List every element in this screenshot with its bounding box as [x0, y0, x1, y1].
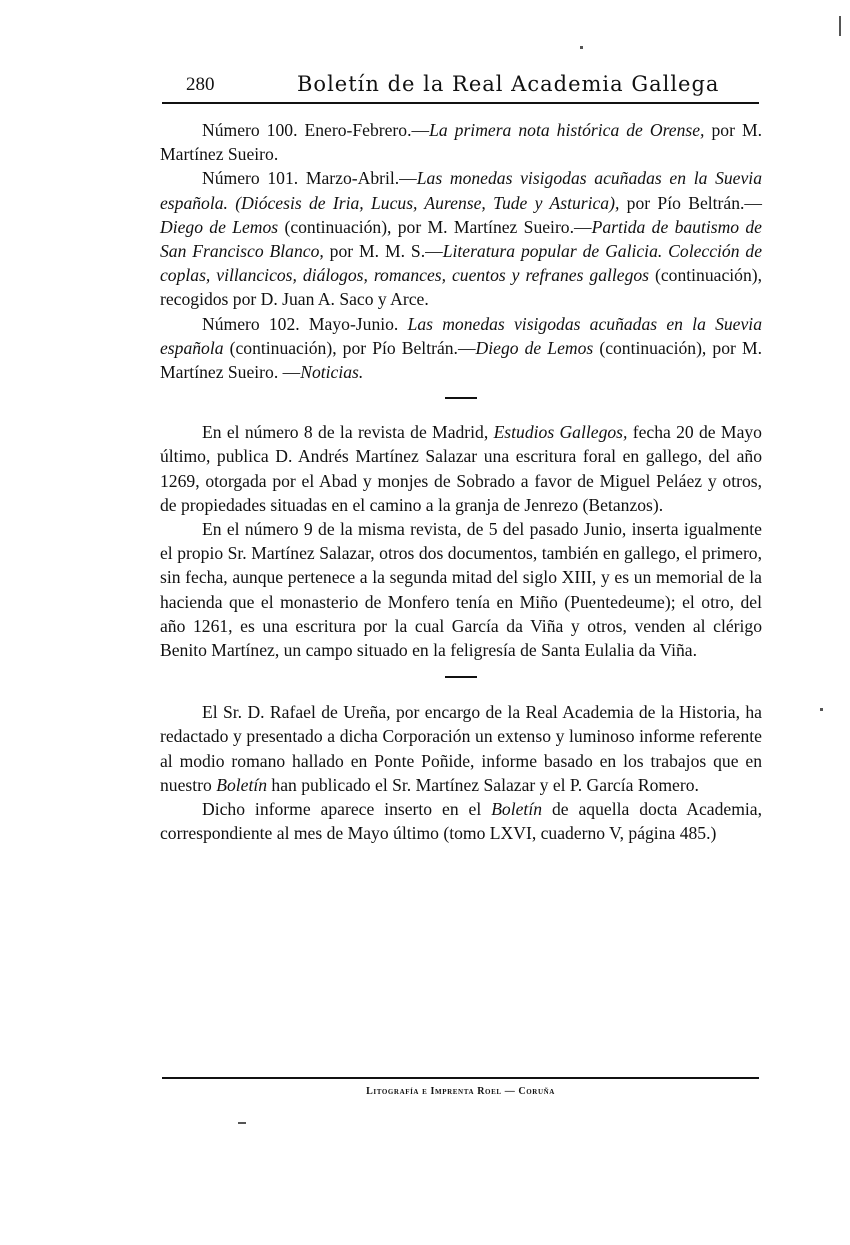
paragraph: El Sr. D. Rafael de Ureña, por encargo d…	[160, 700, 762, 797]
text-run: En el número 9 de la misma revista, de 5…	[160, 519, 762, 660]
paragraph: En el número 8 de la revista de Madrid, …	[160, 420, 762, 517]
text-run: Dicho informe aparece inserto en el	[202, 799, 491, 819]
page-body: Número 100. Enero-Febrero.—La primera no…	[160, 118, 762, 845]
header-rule	[162, 102, 759, 104]
scan-speck	[820, 708, 823, 711]
paragraph: Dicho informe aparece inserto en el Bole…	[160, 797, 762, 845]
italic-title: Diego de Lemos	[160, 217, 278, 237]
paragraph: En el número 9 de la misma revista, de 5…	[160, 517, 762, 662]
running-title: Boletín de la Real Academia Gallega	[297, 72, 719, 96]
page-number: 280	[186, 74, 215, 96]
italic-title: Boletín	[491, 799, 542, 819]
text-run: por Pío Beltrán.—	[619, 193, 762, 213]
italic-title: Diego de Lemos	[476, 338, 594, 358]
scan-speck	[580, 46, 583, 49]
text-run: por M. M. S.—	[324, 241, 443, 261]
text-run: (continuación), por Pío Beltrán.—	[224, 338, 476, 358]
italic-title: La primera nota histórica de Orense,	[429, 120, 704, 140]
text-run: Número 101. Marzo-Abril.—	[202, 168, 417, 188]
text-run: han publicado el Sr. Martínez Salazar y …	[267, 775, 699, 795]
paragraph: Número 101. Marzo-Abril.—Las monedas vis…	[160, 166, 762, 311]
footer-rule	[162, 1077, 759, 1079]
text-run: (continuación), por M. Martínez Sueiro.—	[278, 217, 591, 237]
text-run: Número 100. Enero-Febrero.—	[202, 120, 429, 140]
italic-title: Boletín	[216, 775, 267, 795]
scan-speck	[238, 1122, 246, 1124]
section-separator	[445, 397, 477, 399]
text-run: En el número 8 de la revista de Madrid,	[202, 422, 494, 442]
scan-speck	[839, 16, 841, 36]
page-header: 280 Boletín de la Real Academia Gallega	[162, 72, 758, 102]
section-separator	[445, 676, 477, 678]
paragraph: Número 102. Mayo-Junio. Las monedas visi…	[160, 312, 762, 385]
paragraph: Número 100. Enero-Febrero.—La primera no…	[160, 118, 762, 166]
printer-imprint: Litografía e Imprenta Roel — Coruña	[162, 1086, 759, 1097]
text-run: Número 102. Mayo-Junio.	[202, 314, 408, 334]
italic-title: Estudios Gallegos,	[494, 422, 628, 442]
italic-title: Noticias.	[300, 362, 363, 382]
